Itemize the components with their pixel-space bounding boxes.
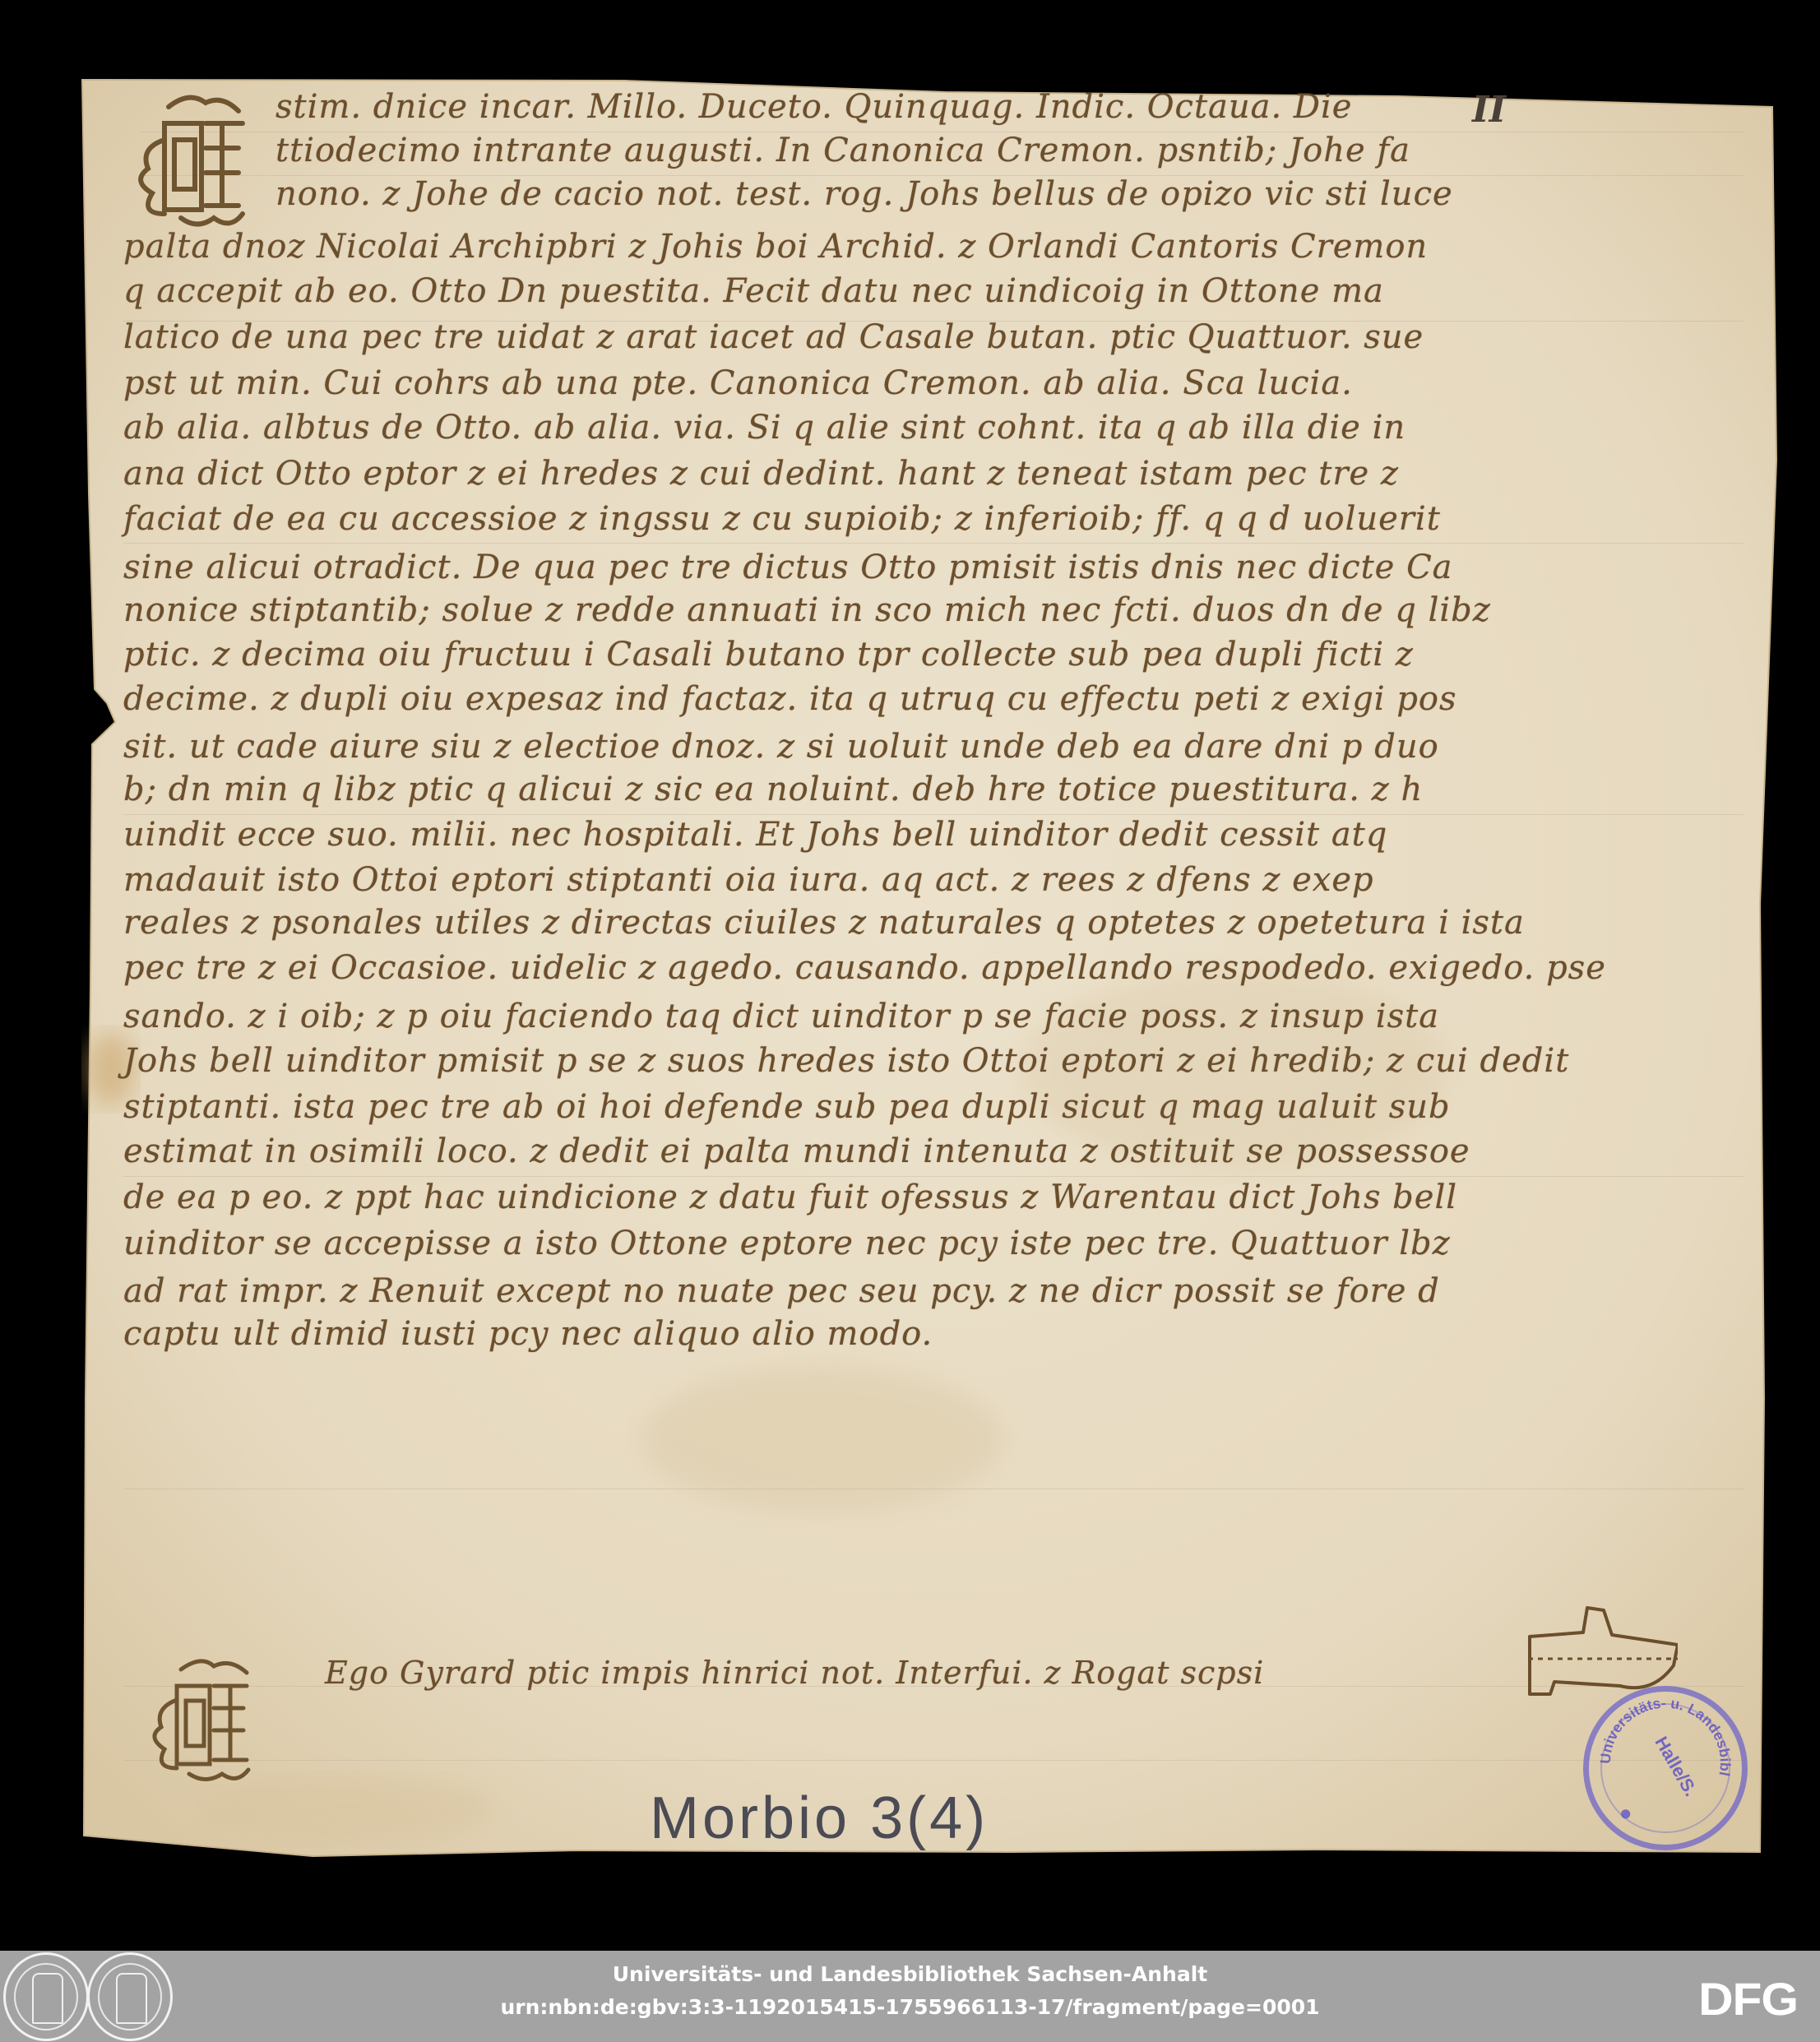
text-line: latico de una pec tre uidat z arat iacet… (123, 317, 1424, 357)
svg-text:Universitäts- u. Landesbibliot: Universitäts- u. Landesbibliothek (1589, 1692, 1734, 1777)
ruling-line (123, 543, 1744, 544)
text-line: decime. z dupli oiu expesaz ind factaz. … (123, 679, 1457, 719)
shelfmark: Morbio 3(4) (650, 1785, 989, 1852)
ornamental-initial-top (115, 90, 255, 230)
text-line: sando. z i oib; z p oiu faciendo taq dic… (123, 997, 1439, 1036)
ruling-line (123, 1489, 1744, 1489)
stamp-outer-text: Universitäts- u. Landesbibliothek (1589, 1692, 1734, 1777)
ruling-line (123, 1760, 1744, 1761)
text-line: q accepit ab eo. Otto Dn puestita. Fecit… (123, 271, 1384, 311)
text-line: ad rat impr. z Renuit except no nuate pe… (123, 1271, 1440, 1311)
text-line: nono. z Johe de cacio not. test. rog. Jo… (276, 174, 1453, 214)
text-line: ana dict Otto eptor z ei hredes z cui de… (123, 454, 1399, 493)
text-line: ab alia. albtus de Otto. ab alia. via. S… (123, 408, 1406, 447)
text-line: Johs bell uinditor pmisit p se z suos hr… (123, 1041, 1569, 1081)
text-line: sine alicui otradict. De qua pec tre dic… (123, 548, 1453, 587)
text-line: palta dnoz Nicolai Archipbri z Johis boi… (123, 227, 1428, 266)
document-viewer: II stim. dnice incar. Millo. Duceto. Qui… (0, 0, 1820, 1951)
text-line: pec tre z ei Occasioe. uidelic z agedo. … (123, 948, 1606, 988)
text-line: stiptanti. ista pec tre ab oi hoi defend… (123, 1087, 1451, 1127)
text-line: uinditor se accepisse a isto Ottone epto… (123, 1224, 1451, 1263)
text-line: sit. ut cade aiure siu z electioe dnoz. … (123, 727, 1439, 766)
text-line: stim. dnice incar. Millo. Duceto. Quinqu… (276, 87, 1352, 127)
text-line: de ea p eo. z ppt hac uindicione z datu … (123, 1178, 1457, 1217)
text-line: captu ult dimid iusti pcy nec aliquo ali… (123, 1314, 933, 1354)
library-stamp: Universitäts- u. Landesbibliothek Halle/… (1583, 1686, 1748, 1850)
text-line: pst ut min. Cui cohrs ab una pte. Canoni… (123, 363, 1353, 403)
parchment-scan: II stim. dnice incar. Millo. Duceto. Qui… (0, 0, 1820, 1951)
text-line: faciat de ea cu accessioe z ingssu z cu … (123, 499, 1441, 539)
footer-banner: Universitäts- und Landesbibliothek Sachs… (0, 1951, 1820, 2042)
dfg-logo-icon: DFG (1698, 1972, 1798, 2026)
ornamental-initial-bottom (132, 1655, 263, 1786)
text-line: nonice stiptantib; solue z redde annuati… (123, 590, 1491, 630)
text-line: b; dn min q libz ptic q alicui z sic ea … (123, 770, 1423, 809)
notary-subscription: Ego Gyrard ptic impis hinrici not. Inter… (325, 1653, 1264, 1692)
institution-name: Universitäts- und Landesbibliothek Sachs… (0, 1962, 1820, 1986)
urn-identifier: urn:nbn:de:gbv:3:3-1192015415-1755966113… (0, 1995, 1820, 2019)
text-line: estimat in osimili loco. z dedit ei palt… (123, 1132, 1470, 1171)
text-line: reales z psonales utiles z directas ciui… (123, 903, 1525, 942)
archive-annotation: II (1472, 89, 1506, 131)
ruling-line (123, 1176, 1744, 1177)
text-line: ttiodecimo intrante augusti. In Canonica… (276, 131, 1410, 170)
text-line: ptic. z decima oiu fructuu i Casali buta… (123, 635, 1414, 674)
text-line: uindit ecce suo. milii. nec hospitali. E… (123, 815, 1387, 854)
text-line: madauit isto Ottoi eptori stiptanti oia … (123, 860, 1374, 900)
